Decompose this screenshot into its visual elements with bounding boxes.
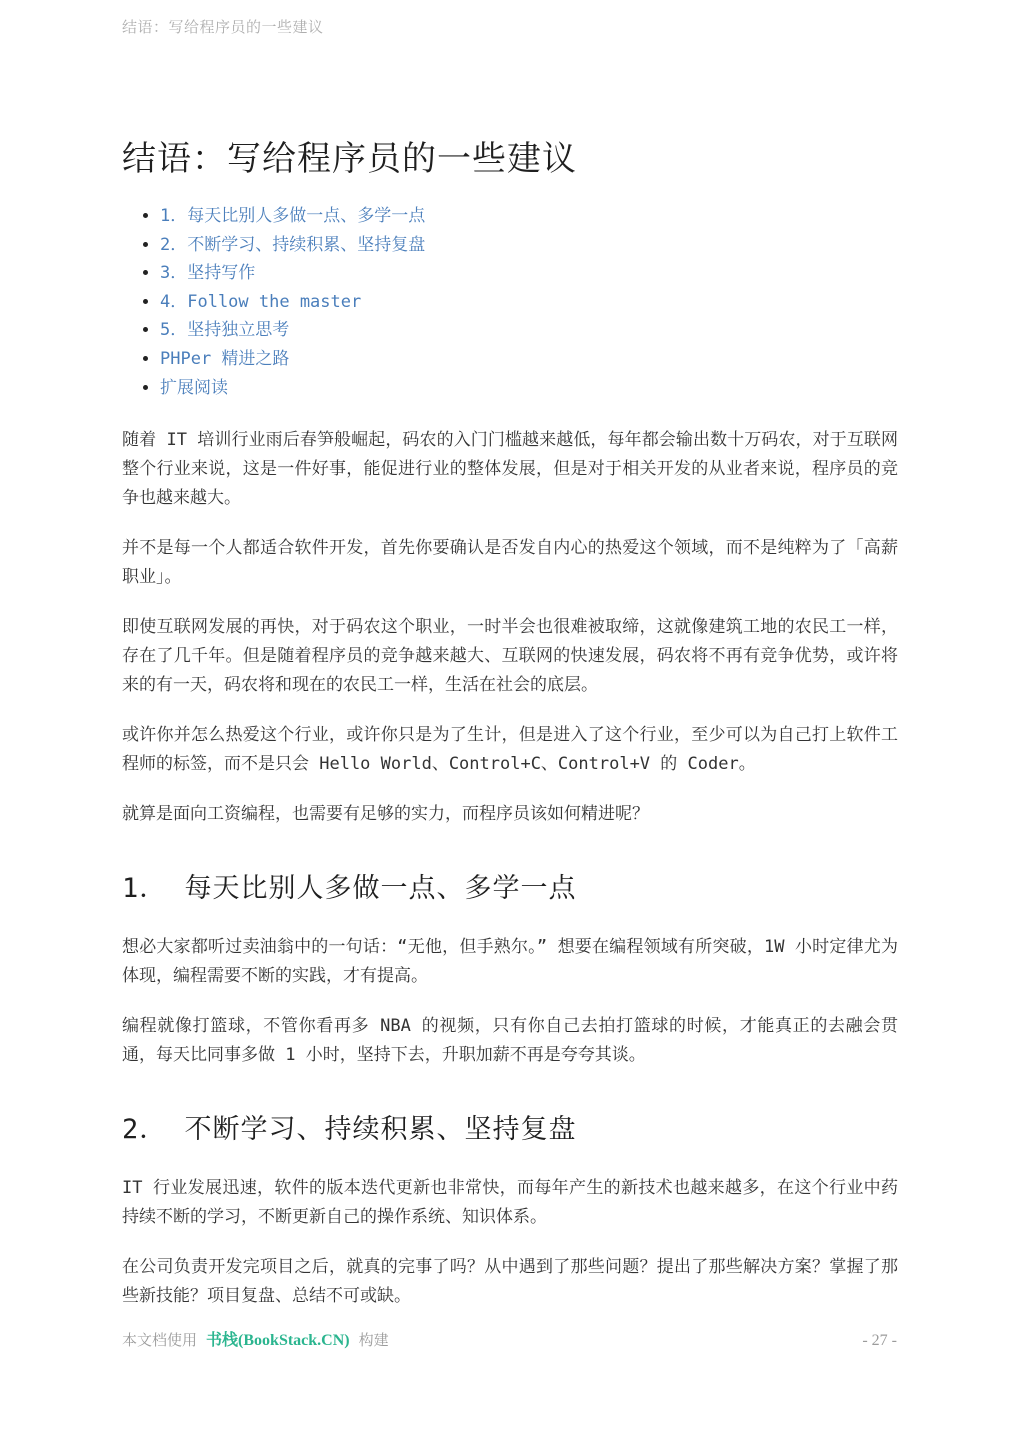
toc-item: 4．Follow the master	[160, 288, 898, 317]
build-credit-suffix: 构建	[350, 1331, 389, 1349]
intro-paragraph: 或许你并怎么热爱这个行业，或许你只是为了生计，但是进入了这个行业，至少可以为自己…	[122, 721, 898, 779]
document-page: 结语：写给程序员的一些建议 结语：写给程序员的一些建议 1．每天比别人多做一点、…	[0, 0, 1019, 1440]
toc-link-5[interactable]: 5．坚持独立思考	[160, 320, 289, 340]
toc-link-reading[interactable]: 扩展阅读	[160, 378, 228, 398]
section-paragraph: 在公司负责开发完项目之后，就真的完事了吗？从中遇到了那些问题？提出了那些解决方案…	[122, 1253, 898, 1311]
section-paragraph: IT 行业发展迅速，软件的版本迭代更新也非常快，而每年产生的新技术也越来越多，在…	[122, 1174, 898, 1232]
toc-item: 3．坚持写作	[160, 259, 898, 288]
intro-paragraph: 就算是面向工资编程，也需要有足够的实力，而程序员该如何精进呢？	[122, 800, 898, 829]
toc-link-2[interactable]: 2．不断学习、持续积累、坚持复盘	[160, 235, 425, 255]
toc-link-3[interactable]: 3．坚持写作	[160, 263, 255, 283]
intro-paragraph: 随着 IT 培训行业雨后春笋般崛起，码农的入门门槛越来越低，每年都会输出数十万码…	[122, 426, 898, 513]
toc-item: 扩展阅读	[160, 374, 898, 403]
toc-item: PHPer 精进之路	[160, 345, 898, 374]
section-heading-2: 2． 不断学习、持续积累、坚持复盘	[122, 1112, 898, 1148]
toc-item: 2．不断学习、持续积累、坚持复盘	[160, 231, 898, 260]
section-paragraph: 编程就像打篮球，不管你看再多 NBA 的视频，只有你自己去拍打篮球的时候，才能真…	[122, 1012, 898, 1070]
toc-list: 1．每天比别人多做一点、多学一点 2．不断学习、持续积累、坚持复盘 3．坚持写作…	[122, 202, 898, 402]
toc-item: 1．每天比别人多做一点、多学一点	[160, 202, 898, 231]
article-section-2: 2． 不断学习、持续积累、坚持复盘 IT 行业发展迅速，软件的版本迭代更新也非常…	[122, 1112, 898, 1311]
toc-link-phper[interactable]: PHPer 精进之路	[160, 349, 289, 369]
article-content: 结语：写给程序员的一些建议 1．每天比别人多做一点、多学一点 2．不断学习、持续…	[122, 0, 898, 1332]
section-paragraph: 想必大家都听过卖油翁中的一句话：“无他，但手熟尔。” 想要在编程领域有所突破，1…	[122, 933, 898, 991]
section-heading-1: 1． 每天比别人多做一点、多学一点	[122, 871, 898, 907]
toc-link-4[interactable]: 4．Follow the master	[160, 292, 361, 312]
build-credit: 本文档使用 书栈(BookStack.CN) 构建	[122, 1327, 389, 1350]
bookstack-link[interactable]: 书栈(BookStack.CN)	[206, 1332, 350, 1349]
page-footer: 本文档使用 书栈(BookStack.CN) 构建 - 27 -	[122, 1327, 897, 1350]
page-title: 结语：写给程序员的一些建议	[122, 136, 898, 182]
article-section-1: 1． 每天比别人多做一点、多学一点 想必大家都听过卖油翁中的一句话：“无他，但手…	[122, 871, 898, 1070]
toc-item: 5．坚持独立思考	[160, 316, 898, 345]
toc-link-1[interactable]: 1．每天比别人多做一点、多学一点	[160, 206, 425, 226]
intro-paragraph: 即使互联网发展的再快，对于码农这个职业，一时半会也很难被取缔，这就像建筑工地的农…	[122, 613, 898, 700]
intro-paragraph: 并不是每一个人都适合软件开发，首先你要确认是否发自内心的热爱这个领域，而不是纯粹…	[122, 534, 898, 592]
build-credit-prefix: 本文档使用	[122, 1331, 206, 1349]
page-number: - 27 -	[862, 1332, 897, 1350]
